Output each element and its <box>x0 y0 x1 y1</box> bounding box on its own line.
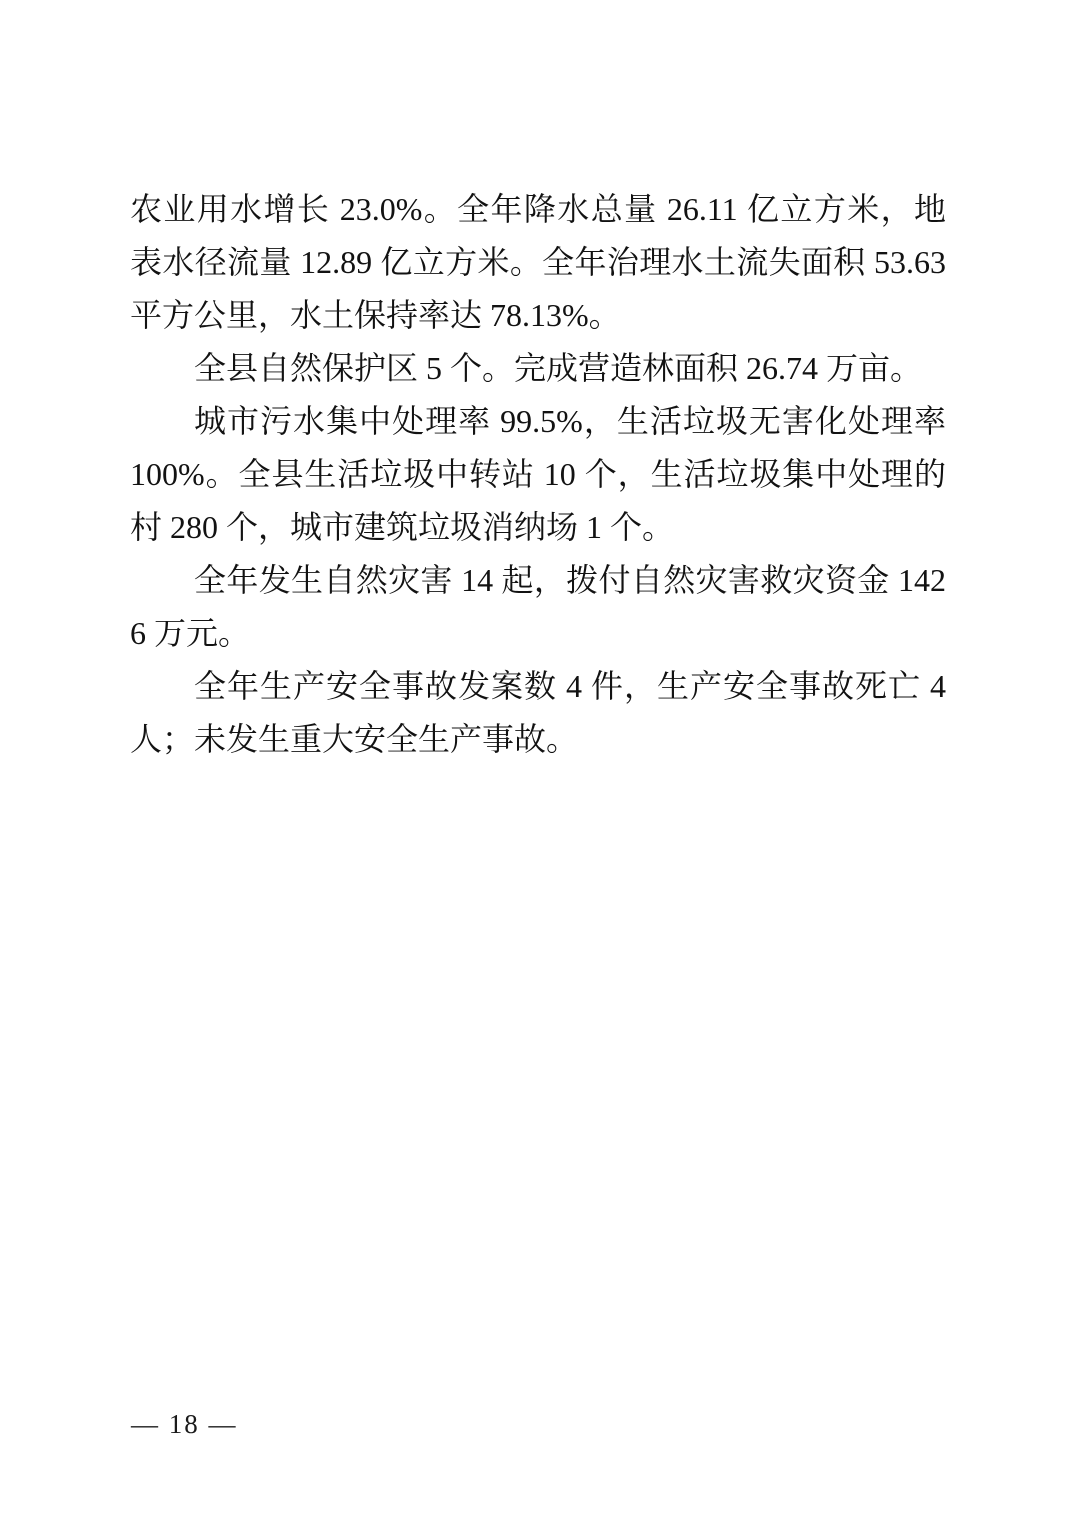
paragraph-waste-treatment: 城市污水集中处理率 99.5%，生活垃圾无害化处理率 100%。全县生活垃圾中转… <box>130 395 946 554</box>
paragraph-natural-disasters: 全年发生自然灾害 14 起，拨付自然灾害救灾资金 1426 万元。 <box>130 554 946 660</box>
paragraph-nature-reserves: 全县自然保护区 5 个。完成营造林面积 26.74 万亩。 <box>130 342 946 395</box>
paragraph-safety-accidents: 全年生产安全事故发案数 4 件，生产安全事故死亡 4 人；未发生重大安全生产事故… <box>130 660 946 766</box>
paragraph-water-stats: 农业用水增长 23.0%。全年降水总量 26.11 亿立方米，地表水径流量 12… <box>130 183 946 342</box>
document-page: 农业用水增长 23.0%。全年降水总量 26.11 亿立方米，地表水径流量 12… <box>0 0 1074 1520</box>
page-number: — 18 — <box>131 1406 238 1442</box>
body-text-block: 农业用水增长 23.0%。全年降水总量 26.11 亿立方米，地表水径流量 12… <box>130 183 946 766</box>
